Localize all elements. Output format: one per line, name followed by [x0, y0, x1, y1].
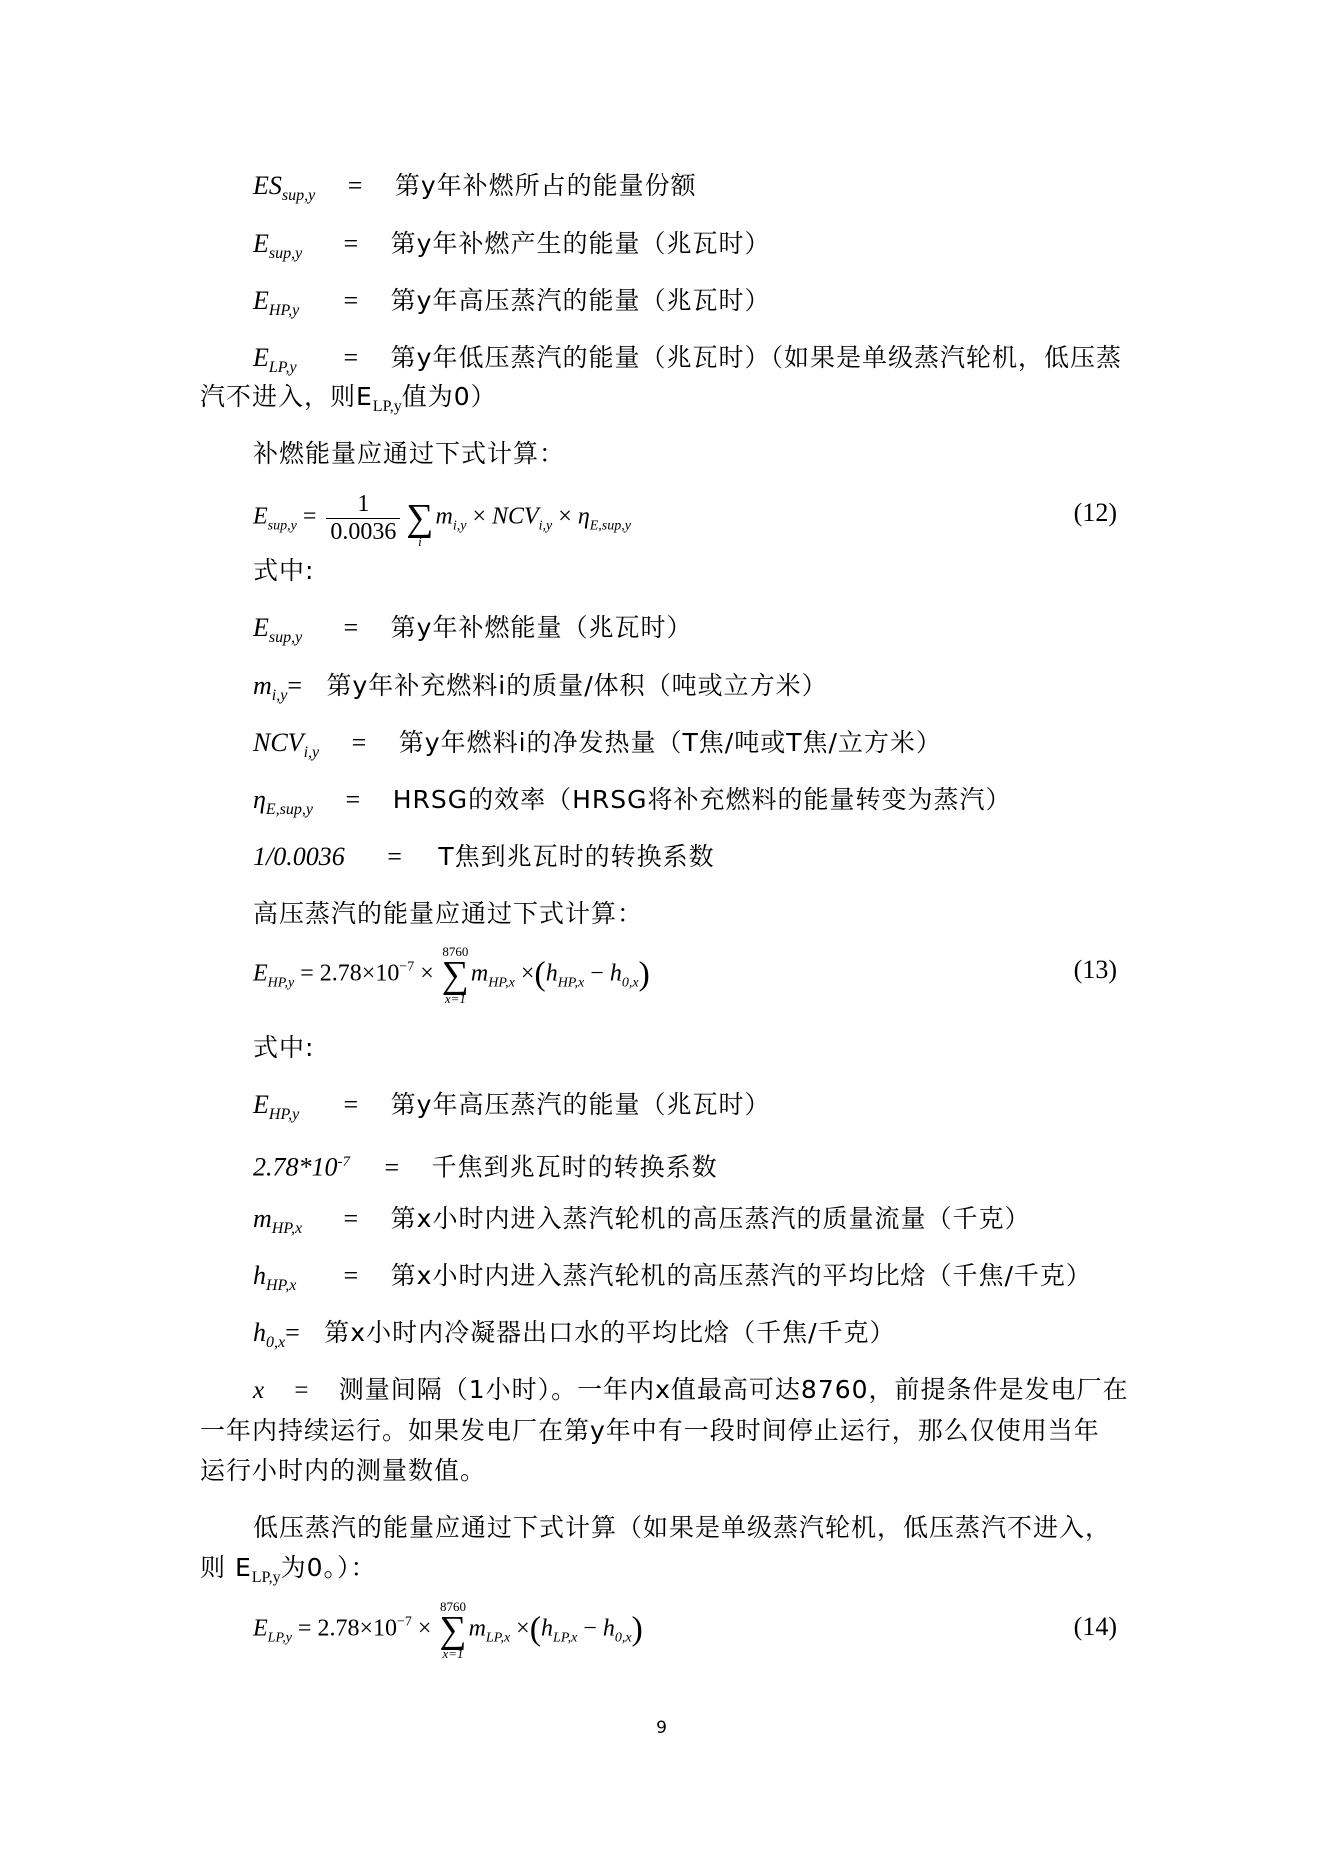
def-conversion-kj: 2.78*10-7 = 千焦到兆瓦时的转换系数 [253, 1146, 718, 1184]
def-e-sup-2: Esup,y = 第y年补燃能量（兆瓦时） [253, 612, 692, 654]
where-label: 式中: [253, 555, 314, 587]
intro-supplementary-energy: 补燃能量应通过下式计算： [253, 438, 565, 470]
def-e-lp-continuation: 汽不进入，则ELP,y值为0） [200, 381, 497, 423]
formula-14: ELP,y = 2.78×10−7 × 8760 ∑ x=1 mLP,x ×(h… [253, 1600, 643, 1660]
definition-text: 第y年高压蒸汽的能量（兆瓦时） [391, 286, 771, 315]
symbol: ESsup,y [253, 170, 315, 212]
sum-operator: ∑ i [406, 488, 433, 548]
def-e-lp: ELP,y = 第y年低压蒸汽的能量（兆瓦时）（如果是单级蒸汽轮机，低压蒸 [253, 342, 1122, 384]
def-eta: ηE,sup,y = HRSG的效率（HRSG将补充燃料的能量转变为蒸汽） [253, 784, 1012, 826]
equation-number-13: (13) [1074, 955, 1117, 985]
sum-operator: 8760 ∑ x=1 [442, 945, 469, 1005]
where-label-2: 式中: [253, 1032, 314, 1064]
page-number: 9 [0, 1718, 1323, 1738]
def-es-sup: ESsup,y = 第y年补燃所占的能量份额 [253, 170, 697, 212]
def-e-hp: EHP,y = 第y年高压蒸汽的能量（兆瓦时） [253, 285, 770, 327]
sum-operator: 8760 ∑ x=1 [439, 1600, 466, 1660]
symbol: EHP,y [253, 285, 311, 327]
formula-12: Esup,y = 1 0.0036 ∑ i mi,y × NCVi,y × ηE… [253, 488, 631, 548]
def-e-sup: Esup,y = 第y年补燃产生的能量（兆瓦时） [253, 228, 770, 270]
def-ncv-iy: NCVi,y = 第y年燃料i的净发热量（T焦/吨或T焦/立方米） [253, 727, 942, 769]
def-m-iy: mi,y= 第y年补充燃料i的质量/体积（吨或立方米） [253, 670, 828, 712]
symbol: Esup,y [253, 228, 311, 270]
definition-text: 第y年低压蒸汽的能量（兆瓦时）（如果是单级蒸汽轮机，低压蒸 [391, 343, 1122, 372]
def-conversion-tj: 1/0.0036 = T焦到兆瓦时的转换系数 [253, 841, 715, 873]
x-definition-paragraph: x = 测量间隔（1小时）。一年内x值最高可达8760，前提条件是发电厂在 一年… [200, 1370, 1129, 1491]
definition-text: 第y年补燃产生的能量（兆瓦时） [391, 229, 771, 258]
def-h-0: h0,x= 第x小时内冷凝器出口水的平均比焓（千焦/千克） [253, 1317, 896, 1359]
intro-hp-energy: 高压蒸汽的能量应通过下式计算： [253, 898, 643, 930]
formula-13: EHP,y = 2.78×10−7 × 8760 ∑ x=1 mHP,x ×(h… [253, 945, 650, 1005]
def-h-hp: hHP,x = 第x小时内进入蒸汽轮机的高压蒸汽的平均比焓（千焦/千克） [253, 1260, 1092, 1302]
def-e-hp-2: EHP,y = 第y年高压蒸汽的能量（兆瓦时） [253, 1089, 770, 1131]
equation-number-12: (12) [1074, 498, 1117, 528]
equation-number-14: (14) [1074, 1612, 1117, 1642]
symbol: ELP,y [253, 342, 311, 384]
fraction: 1 0.0036 [326, 491, 400, 546]
def-m-hp: mHP,x = 第x小时内进入蒸汽轮机的高压蒸汽的质量流量（千克） [253, 1203, 1030, 1245]
definition-text: 第y年补燃所占的能量份额 [395, 171, 697, 200]
intro-lp-energy: 低压蒸汽的能量应通过下式计算（如果是单级蒸汽轮机，低压蒸汽不进入， 则 ELP,… [200, 1508, 1111, 1598]
